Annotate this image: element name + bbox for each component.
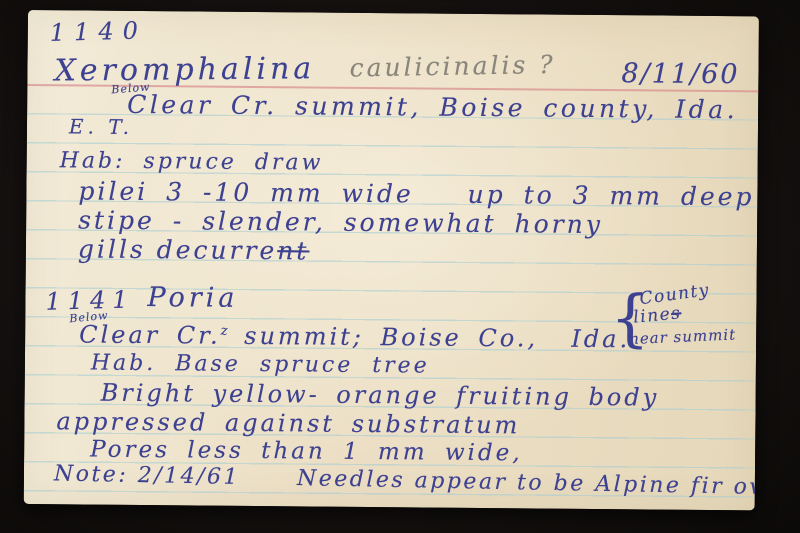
genus-name-1: Xeromphalina (54, 54, 315, 86)
margin-note-2-text: line (632, 304, 672, 328)
gills-line: gills decurrent (78, 236, 310, 263)
index-card: 1140 Xeromphalina caulicinalis ? 8/11/60… (24, 10, 759, 510)
location-line-2: Clear Cr.z summit; Boise Co., Ida. (79, 322, 630, 351)
margin-note-2-struck: s (670, 303, 682, 324)
pores-line: Pores less than 1 mm wide, (90, 439, 523, 466)
habitat-line-2: Hab. Base spruce tree (91, 353, 430, 378)
location-2-pre: Clear Cr. (79, 320, 221, 349)
location-2-post: summit; Boise Co., Ida. (227, 322, 630, 354)
collector-initials: E. T. (69, 116, 133, 137)
specimen-number-1140: 1140 (50, 18, 148, 45)
stipe-line: stipe - slender, somewhat horny (78, 207, 603, 237)
description-line-1: Bright yellow- orange fruiting body (101, 381, 660, 410)
species-name-1: caulicinalis ? (349, 52, 556, 81)
pilei-line: pilei 3 -10 mm wide up to 3 mm deep (78, 178, 754, 209)
gills-struck-text: nt (277, 236, 309, 265)
genus-name-2: Poria (147, 284, 238, 312)
photo-background: 1140 Xeromphalina caulicinalis ? 8/11/60… (0, 0, 800, 533)
gills-text: gills decurre (78, 234, 278, 265)
description-line-2: appressed against substratum (56, 409, 520, 437)
margin-note-line-2: lines (633, 305, 683, 327)
habitat-line-1: Hab: spruce draw (60, 150, 324, 174)
location-line-1: Clear Cr. summit, Boise county, Ida. (127, 92, 738, 122)
collection-date-1: 8/11/60 (621, 60, 739, 88)
